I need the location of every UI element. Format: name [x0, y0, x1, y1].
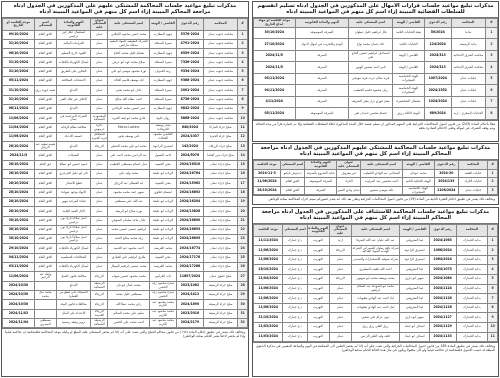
- table-cell: 11/06/2024: [254, 303, 283, 313]
- table-cell: خلف وليد العلي الزعبي: [351, 332, 400, 342]
- table-row: 10محكمة جنوب عمان5868-2024روان حلوةفادي …: [3, 114, 248, 123]
- table-cell: 11/06/2024: [254, 284, 283, 294]
- table-cell: 2024/17176: [176, 253, 203, 262]
- table-cell: [34, 300, 56, 309]
- table-cell: محمد ابو علي محمد الشبلي: [108, 142, 150, 151]
- table-cell: عون عزام علي شعبي: [351, 313, 400, 323]
- row-index: 18: [238, 188, 248, 197]
- table-cell: 03/11/2024: [3, 263, 35, 272]
- header-judge: القاضي / الهيئة: [150, 18, 177, 30]
- table-cell: سارة محمود زايد الحسن: [150, 281, 177, 290]
- table-cell: الزرقاء: [91, 290, 108, 299]
- table-cell: الرصيفة الشمالية: [91, 281, 108, 290]
- table-row: 8الجنايات الصغرى - اربد689/2024الهيئة ال…: [254, 108, 498, 120]
- notice-table: # المحكمة رقم الدعوى القاضي / الهيئة اسم…: [2, 18, 248, 328]
- table-row: 17صلح جزاء عمان2024/15962محي العتيبيةايه…: [3, 179, 248, 188]
- table-cell: الحق العام: [34, 30, 56, 39]
- table-header-row: # المحكمة رقم الدعوى القاضي / الهيئة اسم…: [254, 18, 498, 27]
- table-cell: عمان: [91, 104, 108, 113]
- table-cell: د ج جمارك: [283, 274, 307, 284]
- table-cell: 5376-2024: [176, 30, 203, 39]
- table-cell: 2024/1890: [176, 300, 203, 309]
- table-cell: محكمة جنوب عمان: [203, 49, 237, 58]
- table-cell: 5868-2024: [176, 114, 203, 123]
- table-cell: 2024/16895: [176, 235, 203, 244]
- table-row: 22صلح جزاء عمان2024/16893الزيات ابو عليق…: [3, 225, 248, 234]
- table-cell: صلح جزاء عمان: [203, 207, 237, 216]
- table-cell: الرصيفة الشمالية: [91, 318, 108, 327]
- table-cell: استبرق الراعوة: [400, 255, 429, 265]
- table-cell: قيادة المركبة بتهور: [56, 197, 90, 206]
- table-cell: 28/10/2024: [3, 197, 35, 206]
- table-cell: بداية الجمارك: [456, 274, 488, 284]
- table-cell: الاستيلاء على قطع من الفطرة: [56, 290, 90, 299]
- table-cell: محي العتيبية: [150, 179, 177, 188]
- table-cell: السرقة: [305, 186, 337, 195]
- table-cell: عبد الله علي مصطفى: [108, 197, 150, 206]
- table-row: 5بداية الجمارك2024/1084سهير ابو داريمحمد…: [254, 274, 498, 284]
- table-cell: 27/10/2024: [254, 39, 296, 51]
- table-cell: الهيئة الثالثة زريق: [393, 108, 425, 120]
- table-row: 27صلح حقوق عمان11607/2024ذات الغرايبيمحم…: [3, 272, 248, 281]
- header-date: موعد الجلسة او مهلة ايداع التاريخ: [254, 18, 296, 27]
- table-row: 4محكمة الشرق الابتدائية2024/313القاضي / …: [254, 62, 498, 74]
- table-cell: ثائر ابو عليل الجرجري: [56, 170, 90, 179]
- table-cell: زياد محمد صالح الحمد: [108, 235, 150, 244]
- header-index: #: [485, 18, 497, 27]
- table-cell: سهير ابو داري: [400, 274, 429, 284]
- table-cell: 28/10/2024: [254, 265, 283, 275]
- table-row: 11صلح جزاء الماركا640/2024بشار يوسف الفر…: [3, 123, 248, 132]
- table-cell: الاثار الفنية العامة: [56, 207, 90, 216]
- table-cell: محكمة الشرق الابتدائية: [451, 62, 485, 74]
- table-cell: لينا المعروفي: [400, 284, 429, 294]
- table-cell: 2024/313: [424, 62, 451, 74]
- table-cell: لينا المعروفي: [400, 303, 429, 313]
- table-cell: لينا المعروفي: [400, 294, 429, 304]
- table-cell: 06/11/2024: [3, 104, 35, 113]
- table-cell: 1064/2024: [429, 255, 456, 265]
- table-cell: الغرامات المالية: [56, 39, 90, 48]
- table-row: 28صلح جزاء الرصيفة2023/1082سارة محمود زا…: [3, 281, 248, 290]
- table-cell: مخالفة قانون العمل: [56, 272, 90, 281]
- table-cell: الشيكات: [56, 151, 90, 160]
- table-cell: د ج جمارك: [283, 322, 307, 332]
- table-cell: محمد وليد علي: [108, 170, 150, 179]
- table-row: 12صلح جزاء الجيزة2024/1037القاضي محمود ا…: [3, 132, 248, 141]
- table-cell: غير معروف: [337, 169, 361, 178]
- table-cell: تزوير وثيقة رسمية: [56, 318, 90, 327]
- row-index: 31: [238, 309, 248, 318]
- table-cell: 2024/1552: [424, 85, 451, 97]
- table-cell: انصاف ابو حماد: [400, 322, 429, 332]
- table-cell: جناية الشروع بالسرقة: [305, 169, 337, 178]
- table-cell: صلح حقوق عمان: [203, 272, 237, 281]
- table-cell: [34, 281, 56, 290]
- notice-footer: ويخالف ذلك يصدر في تطبيق احكام المادة (١…: [2, 328, 248, 339]
- table-cell: بداية الجمارك: [456, 313, 488, 323]
- table-cell: 31/10/2024: [3, 95, 35, 104]
- table-cell: بداية الجمارك: [456, 236, 488, 246]
- table-row: 1جنايات العقبة2024-20محمد عوجانالصحابي ع…: [254, 169, 498, 178]
- table-cell: محكمة جنوب عمان: [203, 114, 237, 123]
- table-cell: المشاقل قرية الجيزة: [91, 132, 108, 141]
- table-cell: اياد احمد عبد الهادي يعقوبات: [351, 294, 400, 304]
- table-cell: احمد محسين عبد المراونة: [361, 178, 402, 187]
- table-cell: دعدوش تايكيو: [280, 169, 304, 178]
- table-cell: عمان: [329, 322, 351, 332]
- table-cell: محمد يوسف محمد ابو صهيون: [351, 274, 400, 284]
- table-cell: علاء موسى منصور: [361, 186, 402, 195]
- table-cell: جنايات عمان: [451, 73, 485, 85]
- table-cell: التجاوز على الطريق: [56, 67, 90, 76]
- table-cell: التهريب: [307, 294, 329, 304]
- notice-deadline-surrender: مذكرات تبليغ مواعيد جلسات قرارات الامهال…: [252, 1, 499, 142]
- table-cell: 09/10/2024: [3, 30, 35, 39]
- table-cell: جهود المطارنة: [150, 49, 177, 58]
- table-cell: 1066/2024: [429, 246, 456, 256]
- table-cell: انصاف ابو حماد: [400, 332, 429, 342]
- table-cell: 11/03/2024: [254, 332, 283, 342]
- table-cell: 2024/16890: [176, 216, 203, 225]
- row-index: 8: [488, 303, 498, 313]
- table-cell: د ج جمارك: [283, 265, 307, 275]
- table-row: 3جنايات عمان1108/2024الهيئة الخماسية الس…: [254, 186, 498, 195]
- table-row: 4محكمة جنوب عمان7336-2024سيرة السنافةصلا…: [3, 58, 248, 67]
- table-cell: عمان: [91, 95, 108, 104]
- table-row: 7بداية الجمارك2024/1126لينا المعروفياياد…: [254, 294, 498, 304]
- table-cell: الحق العام: [34, 114, 56, 123]
- table-cell: الحق العام: [280, 186, 304, 195]
- table-cell: 05/11/2024: [3, 77, 35, 86]
- table-cell: التهريب: [307, 236, 329, 246]
- row-index: 6: [488, 284, 498, 294]
- table-cell: 2024/10/30: [3, 281, 35, 290]
- table-cell: شركة سوقية للاستثمارات والتصدير: [351, 255, 400, 265]
- header-index: #: [488, 224, 498, 236]
- table-cell: احمد الله بلقيت المطيري: [351, 265, 400, 275]
- row-index: 25: [238, 253, 248, 262]
- table-cell: عمان وادي السير: [337, 186, 361, 195]
- table-cell: 689/2024: [424, 108, 451, 120]
- table-cell: حسام محسن حمدان تقي: [349, 108, 393, 120]
- table-cell: شركة نافع رطبان الشمراني الشركة الهندية …: [351, 246, 400, 256]
- table-cell: الهيئة الجنائية الثانية: [402, 178, 434, 187]
- table-cell: الزرقاء القديمة: [91, 309, 108, 318]
- table-cell: 2024/16764: [176, 170, 203, 179]
- table-cell: الايداع: [56, 104, 90, 113]
- table-cell: 2024/10/30: [3, 290, 35, 299]
- table-cell: الزيات ابو عليقة: [150, 170, 177, 179]
- table-cell: الحق العام: [280, 178, 304, 187]
- table-cell: 31/10/2024: [254, 313, 283, 323]
- table-cell: صلح جزاء الرصيفة: [203, 300, 237, 309]
- table-cell: 2024/11/5: [254, 62, 296, 74]
- table-cell: محمد كمال ابو بكر: [108, 281, 150, 290]
- row-index: 1: [485, 27, 497, 39]
- table-cell: الزرقاء: [91, 300, 108, 309]
- table-cell: الحق العام: [34, 235, 56, 244]
- table-cell: 4791-2024: [176, 39, 203, 48]
- table-row: 14صلح جزاء عين الباشا2024/5076احمد الشبو…: [3, 151, 248, 160]
- row-index: 7: [488, 294, 498, 304]
- table-cell: 28/10/2024: [3, 160, 35, 169]
- table-cell: صلح جزاء عين الباشا: [203, 151, 237, 160]
- table-cell: [34, 309, 56, 318]
- table-cell: 04/11/2024: [3, 253, 35, 262]
- table-row: 3بداية الجمارك1064/2024استبرق الراعوةشرك…: [254, 255, 498, 265]
- table-cell: عمان: [329, 255, 351, 265]
- table-cell: 1108/2024: [434, 186, 458, 195]
- table-cell: 30/10/2024: [254, 27, 296, 39]
- row-index: 16: [238, 170, 248, 179]
- table-cell: الزرقاء: [91, 272, 108, 281]
- table-cell: Marco Lostine: [108, 123, 150, 132]
- header-index: #: [488, 160, 498, 169]
- table-cell: عمان: [91, 207, 108, 216]
- table-cell: عمان: [329, 284, 351, 294]
- table-cell: صلح جزاء الزرقاء: [203, 142, 237, 151]
- header-charge: التهم والمادة القانونية: [307, 224, 329, 236]
- row-index: 15: [238, 160, 248, 169]
- row-index: 11: [238, 123, 248, 132]
- table-cell: 28/10/2024: [3, 142, 35, 151]
- table-cell: السرقة: [295, 96, 349, 108]
- table-cell: 2024/16204: [176, 197, 203, 206]
- table-cell: د ج جمارك: [283, 246, 307, 256]
- table-cell: الزيات ابو عليقة: [150, 207, 177, 216]
- table-cell: 2024/5076: [176, 151, 203, 160]
- table-cell: 1024/2024: [424, 96, 451, 108]
- table-cell: التهريب: [307, 255, 329, 265]
- table-row: 25صلح جزاء عمان2024/17176محي العتيبيةطار…: [3, 253, 248, 262]
- table-cell: الزرقاء: [91, 142, 108, 151]
- table-cell: 1007/2024: [424, 73, 451, 85]
- table-cell: 2024/11/5: [254, 50, 296, 62]
- notice-footer: فعلاً بأحكام المادة (243) من قانون اصول …: [253, 120, 498, 131]
- table-cell: محمد ابو الشهداء عبد السلام ابراهيم: [351, 284, 400, 294]
- table-cell: محكمة جنوب عمان: [203, 95, 237, 104]
- table-cell: 50/2024: [424, 27, 451, 39]
- table-cell: 11/11/2024: [254, 236, 283, 246]
- table-row: 29صلح جزاء الرصيفة2024/1412سارة محمود زا…: [3, 290, 248, 299]
- table-cell: 2024-11-3: [254, 169, 281, 178]
- table-cell: محمد القريضة: [150, 244, 177, 253]
- table-cell: امل احمد عبد الهادي يعقوبات: [351, 303, 400, 313]
- table-cell: محمد محمود حسين شهاب: [108, 272, 150, 281]
- table-row: 13صلح جزاء الزرقاء142/2024استبرق الراعوة…: [3, 142, 248, 151]
- table-cell: 2024/16774: [176, 244, 203, 253]
- table-cell: الحق العام: [34, 216, 56, 225]
- table-row: 2بداية الجمارك1066/2024استبرق الراعوةشرك…: [254, 246, 498, 256]
- row-index: 27: [238, 272, 248, 281]
- table-cell: 2024/1412: [176, 290, 203, 299]
- table-cell: 28/10/2024: [3, 207, 35, 216]
- table-cell: بشار يوسف الفريحات: [150, 123, 177, 132]
- table-cell: 2024/1129: [429, 322, 456, 332]
- table-row: 30صلح جزاء الرصيفة2024/1890محمد محمود عب…: [3, 300, 248, 309]
- table-cell: الزرقاء: [329, 246, 351, 256]
- table-cell: ايصال الكهرباء بالكيلات: [56, 244, 90, 253]
- table-cell: التهريب: [307, 284, 329, 294]
- row-index: 22: [238, 225, 248, 234]
- table-cell: سليم علي محمد السالم: [108, 309, 150, 318]
- row-index: 12: [238, 132, 248, 141]
- table-cell: 2024/1124: [429, 284, 456, 294]
- table-cell: احمد عطاء الله صالح: [108, 95, 150, 104]
- table-cell: 2023/2016: [176, 309, 203, 318]
- table-cell: حمل سلاحاً ناريًا دون ترخيص: [56, 225, 90, 234]
- table-cell: اسماعيل ابراهيم حسين الجاع تقي: [349, 50, 393, 62]
- table-cell: صلح جزاء عمان: [203, 188, 237, 197]
- table-cell: جنايات العقبة: [458, 169, 487, 178]
- table-cell: 2024/10/30: [3, 300, 35, 309]
- header-case-no: رقم الدعوى: [176, 18, 203, 30]
- table-cell: سهير حمد محمد محمود: [108, 188, 150, 197]
- table-cell: اياد يوسف قاسم الخالد: [108, 77, 150, 86]
- row-index: 5: [238, 67, 248, 76]
- table-cell: مادبا: [451, 27, 485, 39]
- row-index: 26: [238, 263, 248, 272]
- table-cell: عمان: [91, 225, 108, 234]
- table-cell: التهريب: [307, 332, 329, 342]
- header-court: المحكمة: [451, 18, 485, 27]
- table-cell: جنايات عمان: [451, 85, 485, 97]
- table-cell: 2024/13828: [176, 207, 203, 216]
- table-cell: الاعتداء على المال: [56, 309, 90, 318]
- table-cell: محكمة جنوب عمان: [203, 39, 237, 48]
- table-cell: عمان: [91, 49, 108, 58]
- table-cell: 31/10/2024: [3, 58, 35, 67]
- table-cell: زينة العدوان: [150, 67, 177, 76]
- table-cell: قطع الاشجار: [56, 179, 90, 188]
- table-cell: صلح جزاء عمان: [203, 225, 237, 234]
- table-cell: ثورة محمود موسى ابو علي: [108, 67, 150, 76]
- table-cell: 124/2024: [424, 39, 451, 51]
- table-cell: الهيئة الخماسية السجيرات: [393, 85, 425, 97]
- table-cell: عمان: [91, 253, 108, 262]
- table-row: 21صلح جزاء عمان2024/16890الزيات ابو عليق…: [3, 216, 248, 225]
- table-cell: بداية الجمارك: [456, 255, 488, 265]
- table-cell: القاضي / الهيئة: [393, 50, 425, 62]
- row-index: 3: [238, 49, 248, 58]
- table-cell: معتز فوزي نزار معتز الشريف: [349, 96, 393, 108]
- table-cell: عادل ماجد سلمان الصوفي: [108, 216, 150, 225]
- notice-trial-defendants: مذكرات تبليغ مواعيد جلسات المحاكمة للمشت…: [252, 143, 499, 205]
- row-index: 20: [238, 207, 248, 216]
- table-cell: بداية الجمارك: [456, 265, 488, 275]
- table-cell: الزرقاء: [329, 274, 351, 284]
- table-cell: 2024/16510: [176, 160, 203, 169]
- table-cell: 2024/1075: [429, 265, 456, 275]
- table-cell: محكمة جنوب عمان: [203, 77, 237, 86]
- table-cell: قزية سالم عزت قزية موبجير: [349, 73, 393, 85]
- table-row: 2بداية الرصيفة124/2024الجنايات الثانيةعل…: [254, 39, 498, 51]
- header-index: #: [238, 18, 248, 30]
- table-cell: 11/04/2024: [3, 123, 35, 132]
- table-cell: حمل سلاحاً ناريًا دون ترخيص: [56, 216, 90, 225]
- table-cell: بداية الجمارك: [456, 294, 488, 304]
- table-cell: 11/06/2024: [3, 272, 35, 281]
- row-index: 1: [238, 30, 248, 39]
- table-cell: عمان: [329, 313, 351, 323]
- table-cell: صلح جزاء عمان: [203, 263, 237, 272]
- table-row: 8محكمة جنوب عمان8736-2024سيرة السنافةاحم…: [3, 95, 248, 104]
- table-cell: عمان: [91, 39, 108, 48]
- table-cell: عبد الله عليان عبد الله الشرفا: [351, 236, 400, 246]
- table-row: 26صلح جزاء عمان2024/17268محمد القريضةمحم…: [3, 263, 248, 272]
- table-cell: جهود المطارنة: [150, 77, 177, 86]
- table-cell: محكمة جنوب عمان: [203, 58, 237, 67]
- table-row: 8بداية الجمارك2024/1126لينا المعروفيامل …: [254, 303, 498, 313]
- table-cell: عمان: [91, 77, 108, 86]
- row-index: 2: [238, 39, 248, 48]
- table-cell: الزيات ابو عليقة: [150, 197, 177, 206]
- table-cell: لينا المعروفي: [400, 236, 429, 246]
- table-cell: ابراهيم عيسى حسين محمد: [108, 225, 150, 234]
- table-cell: علي يوسف يحيى: [108, 132, 150, 141]
- table-cell: 05/11/2024: [254, 108, 296, 120]
- row-index: 7: [485, 96, 497, 108]
- table-cell: التهريب: [307, 274, 329, 284]
- table-cell: 2024/15962: [176, 179, 203, 188]
- notice-table: # المحكمة رقم الدعوى القاضي / الهيئة اسم…: [253, 160, 498, 196]
- row-index: 1: [488, 169, 498, 178]
- table-cell: السرقة: [295, 85, 349, 97]
- table-cell: جهود المطارنة: [150, 104, 177, 113]
- header-date: موعد الجلسة او التاريخ: [3, 18, 35, 30]
- table-cell: 11/06/2024: [254, 294, 283, 304]
- table-cell: صلح جزاء عمان: [203, 253, 237, 262]
- table-cell: الجنايات الصغرى - اربد: [451, 108, 485, 120]
- table-cell: ريان محمود قاسم الخطيب: [349, 85, 393, 97]
- table-cell: السرقة: [295, 73, 349, 85]
- table-cell: محكمة جنوب عمان: [203, 104, 237, 113]
- table-cell: نعمه جوزه رزق: [34, 86, 56, 95]
- table-cell: الشركة المرخصة في عمان: [56, 114, 90, 123]
- row-index: 10: [488, 322, 498, 332]
- table-cell: عبد الرحمن محمد احمد علي: [108, 151, 150, 160]
- table-cell: مصطفى خليل محمد: [108, 290, 150, 299]
- table-cell: عمان: [329, 332, 351, 342]
- table-cell: الايداع: [56, 86, 90, 95]
- table-cell: الحق العام: [34, 179, 56, 188]
- table-cell: القيود خارج التنظيم: [56, 49, 90, 58]
- table-cell: عمان: [329, 294, 351, 304]
- header-case-no: رقم الدعوى: [434, 160, 458, 169]
- table-cell: التهريب: [307, 265, 329, 275]
- table-cell: صلح جزاء الجيزة: [203, 132, 237, 141]
- table-cell: محمد القريضة: [150, 263, 177, 272]
- table-cell: 2024/11/02: [3, 309, 35, 318]
- table-cell: محكمة جنوب عمان: [203, 86, 237, 95]
- table-cell: 28/10/2024: [3, 188, 35, 197]
- table-cell: رزق العلي رزق رزق: [351, 322, 400, 332]
- table-cell: احمد محمود عبد الحميد: [108, 244, 150, 253]
- table-cell: التهريب: [307, 246, 329, 256]
- table-cell: الحق العام: [34, 123, 56, 132]
- table-row: 3محكمة جنوب عمان6559-2024جهود المطارنةهش…: [3, 49, 248, 58]
- table-cell: 11/03/2024: [254, 322, 283, 332]
- table-cell: عمان: [91, 151, 108, 160]
- table-row: 24صلح جزاء عمان2024/16774محمد القريضةاحم…: [3, 244, 248, 253]
- table-cell: صلح جزاء الرصيفة: [203, 290, 237, 299]
- table-cell: 2024/1133: [429, 332, 456, 342]
- row-index: 8: [485, 108, 497, 120]
- header-case-no: رقم الدعوى: [429, 224, 456, 236]
- table-cell: الهدم والتخريب في اموال الدولة: [295, 39, 349, 51]
- table-row: 32صلح جزاء الرصيفة2024/2179محمد محمود عب…: [3, 318, 248, 327]
